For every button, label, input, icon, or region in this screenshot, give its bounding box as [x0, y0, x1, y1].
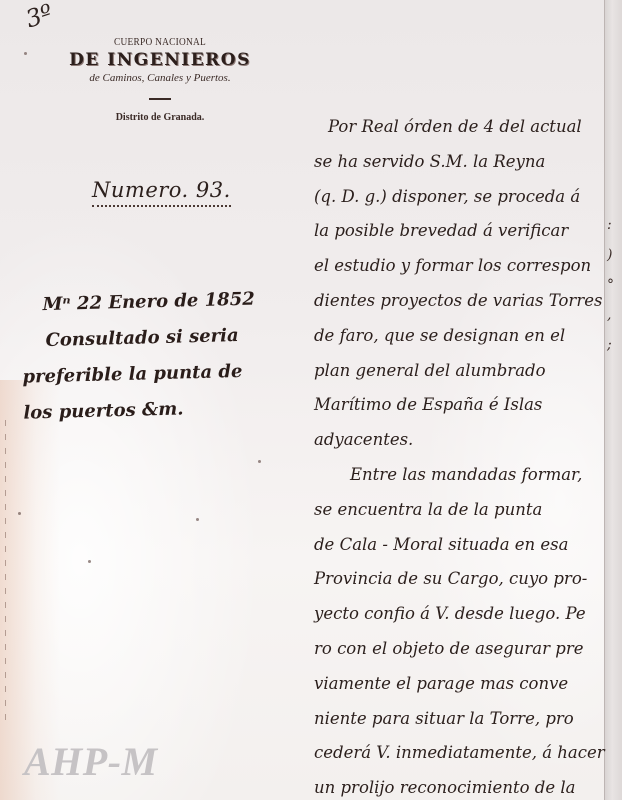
letterhead: CUERPO NACIONAL DE INGENIEROS de Caminos… [40, 36, 280, 123]
ink-speck [18, 512, 21, 515]
body-line: el estudio y formar los correspon [314, 249, 604, 284]
body-line: cederá V. inmediatamente, á hacer [314, 736, 604, 771]
letterhead-district: Distrito de Granada. [40, 112, 280, 123]
ink-speck [258, 460, 261, 463]
body-line: adyacentes. [314, 423, 604, 458]
body-line: de Cala - Moral situada en esa [314, 528, 604, 563]
ink-speck [24, 52, 27, 55]
body-line: Entre las mandadas formar, [314, 458, 604, 493]
ink-speck [88, 560, 91, 563]
letterhead-divider [149, 98, 171, 100]
letter-body: Por Real órden de 4 del actual se ha ser… [314, 110, 604, 800]
body-line: un prolijo reconocimiento de la [314, 771, 604, 800]
letterhead-engineers: DE INGENIEROS [40, 50, 280, 70]
body-line: viamente el parage mas conve [314, 667, 604, 702]
body-line: la posible brevedad á verificar [314, 214, 604, 249]
body-line: yecto confio á V. desde luego. Pe [314, 597, 604, 632]
adjacent-page-marks: :)°,; [607, 210, 619, 360]
ink-speck [196, 518, 199, 521]
archive-watermark: AHP-M [24, 738, 158, 785]
body-line: plan general del alumbrado [314, 354, 604, 389]
margin-note: Mⁿ 22 Enero de 1852 Consultado si seria … [20, 280, 304, 431]
body-line: Por Real órden de 4 del actual [314, 110, 604, 145]
body-line: niente para situar la Torre, pro [314, 702, 604, 737]
paper-stain [0, 380, 60, 800]
body-line: dientes proyectos de varias Torres [314, 284, 604, 319]
body-line: ro con el objeto de asegurar pre [314, 632, 604, 667]
page-edge-mark [5, 420, 6, 720]
page-fold-right [604, 0, 622, 800]
document-number: Numero. 93. [92, 178, 231, 207]
body-line: se ha servido S.M. la Reyna [314, 145, 604, 180]
body-line: se encuentra la de la punta [314, 493, 604, 528]
body-line: Provincia de su Cargo, cuyo pro- [314, 562, 604, 597]
body-line: de faro, que se designan en el [314, 319, 604, 354]
body-line: (q. D. g.) disponer, se proceda á [314, 180, 604, 215]
document-page: :)°,; 3º CUERPO NACIONAL DE INGENIEROS d… [0, 0, 622, 800]
letterhead-corps: CUERPO NACIONAL [58, 36, 262, 48]
margin-note-line: los puertos &m. [23, 388, 304, 431]
folio-mark: 3º [22, 0, 56, 33]
letterhead-subtitle: de Caminos, Canales y Puertos. [40, 72, 280, 84]
body-line: Marítimo de España é Islas [314, 388, 604, 423]
